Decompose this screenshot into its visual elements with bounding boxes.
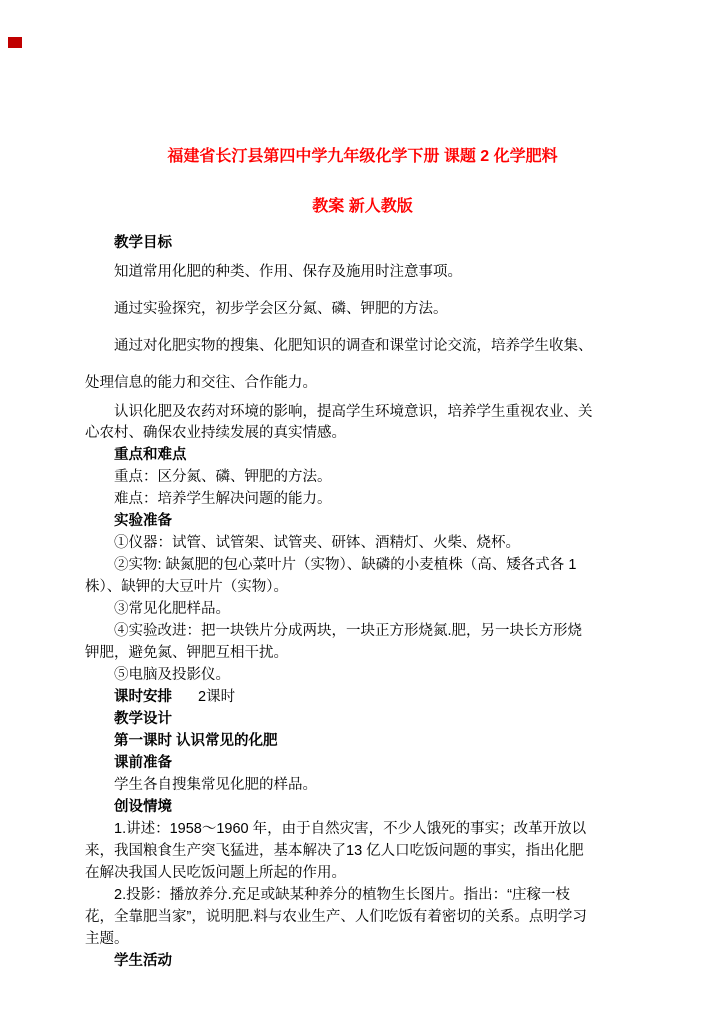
- heading-class-schedule: 课时安排2课时: [85, 686, 670, 708]
- heading-first-lesson: 第一课时 认识常见的化肥: [85, 730, 670, 752]
- para-projection: 2.投影：播放养分.充足或缺某种养分的植物生长图片。指出：“庄稼一枝 花，全靠肥…: [85, 884, 670, 950]
- para-goal-knowledge: 知道常用化肥的种类、作用、保存及施用时注意事项。: [85, 254, 670, 291]
- heading-create-situation: 创设情境: [85, 796, 670, 818]
- document-title-line-1: 福建省长汀县第四中学九年级化学下册 课题 2 化学肥料: [0, 132, 725, 182]
- para-goal-collection-line-2: 处理信息的能力和交往、合作能力。: [85, 365, 670, 402]
- para-prep-improvement-line-1: ④实验改进：把一块铁片分成两块，一块正方形烧氮.肥，另一块长方形烧: [85, 620, 670, 642]
- heading-pre-class-preparation: 课前准备: [85, 752, 670, 774]
- para-narration-line-1: 1.讲述：1958～1960 年，由于自然灾害，不少人饿死的事实；改革开放以: [85, 818, 670, 840]
- para-prep-improvement-line-2: 钾肥，避免氮、钾肥互相干扰。: [85, 642, 670, 664]
- para-difficult-point: 难点：培养学生解决问题的能力。: [85, 488, 670, 510]
- para-narration-line-3: 在解决我国人民吃饭问题上所起的作用。: [85, 862, 670, 884]
- document-page: 福建省长汀县第四中学九年级化学下册 课题 2 化学肥料 教案 新人教版 教学目标…: [0, 0, 725, 1024]
- para-projection-line-3: 主题。: [85, 928, 670, 950]
- class-schedule-label: 课时安排: [114, 689, 172, 705]
- para-prep-specimens-line-2: 株）、缺钾的大豆叶片（实物）。: [85, 576, 670, 598]
- para-narration-line-2: 来，我国粮食生产突飞猛进，基本解决了13 亿人口吃饭问题的事实，指出化肥: [85, 840, 670, 862]
- para-prep-computer: ⑤电脑及投影仪。: [85, 664, 670, 686]
- para-prep-instruments: ①仪器：试管、试管架、试管夹、研钵、酒精灯、火柴、烧杯。: [85, 532, 670, 554]
- para-key-point: 重点：区分氮、磷、钾肥的方法。: [85, 466, 670, 488]
- heading-teaching-design: 教学设计: [85, 708, 670, 730]
- class-schedule-value: 2课时: [198, 689, 235, 705]
- document-body: 教学目标 知道常用化肥的种类、作用、保存及施用时注意事项。 通过实验探究，初步学…: [0, 232, 725, 972]
- document-title: 福建省长汀县第四中学九年级化学下册 课题 2 化学肥料 教案 新人教版: [0, 132, 725, 232]
- para-prep-specimens: ②实物: 缺氮肥的包心菜叶片（实物）、缺磷的小麦植株（高、矮各式各 1 株）、缺…: [85, 554, 670, 598]
- heading-experiment-preparation: 实验准备: [85, 510, 670, 532]
- heading-key-difficult-points: 重点和难点: [85, 444, 670, 466]
- para-goal-collection: 通过对化肥实物的搜集、化肥知识的调查和课堂讨论交流，培养学生收集、 处理信息的能…: [85, 328, 670, 402]
- para-projection-line-1: 2.投影：播放养分.充足或缺某种养分的植物生长图片。指出：“庄稼一枝: [85, 884, 670, 906]
- para-goal-experiment: 通过实验探究，初步学会区分氮、磷、钾肥的方法。: [85, 291, 670, 328]
- para-students-collect: 学生各自搜集常见化肥的样品。: [85, 774, 670, 796]
- para-prep-improvement: ④实验改进：把一块铁片分成两块，一块正方形烧氮.肥，另一块长方形烧 钾肥，避免氮…: [85, 620, 670, 664]
- red-corner-mark: [8, 37, 22, 48]
- para-goal-environment-line-1: 认识化肥及农药对环境的影响，提高学生环境意识，培养学生重视农业、关: [85, 402, 670, 423]
- para-goal-environment-line-2: 心农村、确保农业持续发展的真实情感。: [85, 423, 670, 444]
- para-projection-line-2: 花，全靠肥当家”，说明肥.料与农业生产、人们吃饭有着密切的关系。点明学习: [85, 906, 670, 928]
- document-title-line-2: 教案 新人教版: [0, 182, 725, 232]
- para-prep-specimens-line-1: ②实物: 缺氮肥的包心菜叶片（实物）、缺磷的小麦植株（高、矮各式各 1: [85, 554, 670, 576]
- para-goal-collection-line-1: 通过对化肥实物的搜集、化肥知识的调查和课堂讨论交流，培养学生收集、: [85, 328, 670, 365]
- para-goal-environment: 认识化肥及农药对环境的影响，提高学生环境意识，培养学生重视农业、关 心农村、确保…: [85, 402, 670, 444]
- heading-student-activity: 学生活动: [85, 950, 670, 972]
- para-narration: 1.讲述：1958～1960 年，由于自然灾害，不少人饿死的事实；改革开放以 来…: [85, 818, 670, 884]
- para-prep-samples: ③常见化肥样品。: [85, 598, 670, 620]
- heading-teaching-goals: 教学目标: [85, 232, 670, 254]
